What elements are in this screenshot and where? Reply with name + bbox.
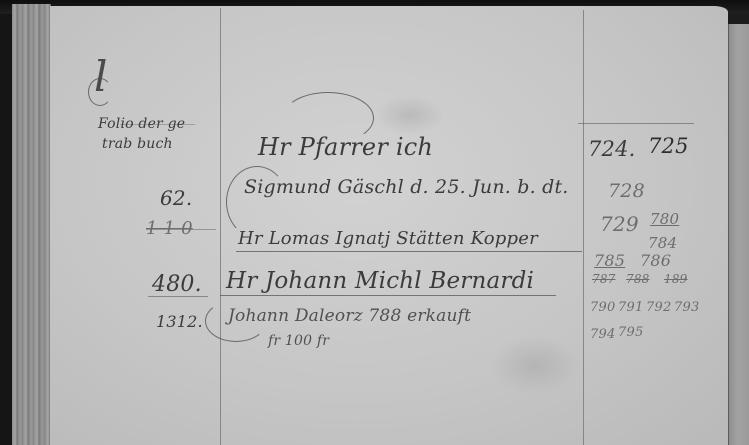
next-page-edge [728,24,749,445]
folio-number: 790 [590,300,615,315]
folio-number: 784 [648,234,677,252]
paper-stain [490,335,580,395]
entry-line-price: fr 100 fr [268,333,329,349]
folio-number: 785 [594,251,625,270]
folio-number: 728 [608,180,645,202]
folio-entry-1312: 1312. [156,312,203,331]
entry-line-sigmund: Sigmund Gäschl d. 25. Jun. b. dt. [244,176,569,198]
folio-entry-62: 62. [160,186,192,210]
initial-letter: l [94,52,108,101]
column-rule-left [220,8,221,445]
folio-number: 787 [592,272,616,286]
folio-entry-480: 480. [152,272,202,297]
right-column-top-rule [578,123,694,124]
column-rule-right [583,10,584,445]
entry-line-pfarrer: Hr Pfarrer ich [258,133,433,161]
folio-number: 791 [618,300,643,315]
folio-number: 792 [646,300,671,315]
underline-row-4 [220,295,556,296]
folio-entry-struck: 1 1 0 [146,218,193,239]
margin-header-line1: Folio der ge [98,116,185,132]
folio-number: 189 [664,272,688,286]
book-spine-shadow [0,0,12,445]
entry-line-bernardi: Hr Johann Michl Bernardi [226,268,534,294]
underline-row-3 [236,251,582,252]
paper-stain [375,95,445,135]
folio-number: 724. [588,137,636,161]
folio-number: 725 [648,134,689,158]
page-stack-edge [12,4,51,445]
folio-number: 795 [618,325,643,340]
entry-line-lomas: Hr Lomas Ignatj Stätten Kopper [238,228,538,249]
folio-number: 786 [640,251,671,270]
folio-number: 793 [674,300,699,315]
folio-number: 788 [626,272,650,286]
entry-line-daleorz: Johann Daleorz 788 erkauft [228,306,471,326]
folio-number: 780 [650,210,679,228]
folio-number: 729 [600,212,639,236]
folio-number: 794 [590,327,615,342]
margin-header-line2: trab buch [102,136,173,152]
